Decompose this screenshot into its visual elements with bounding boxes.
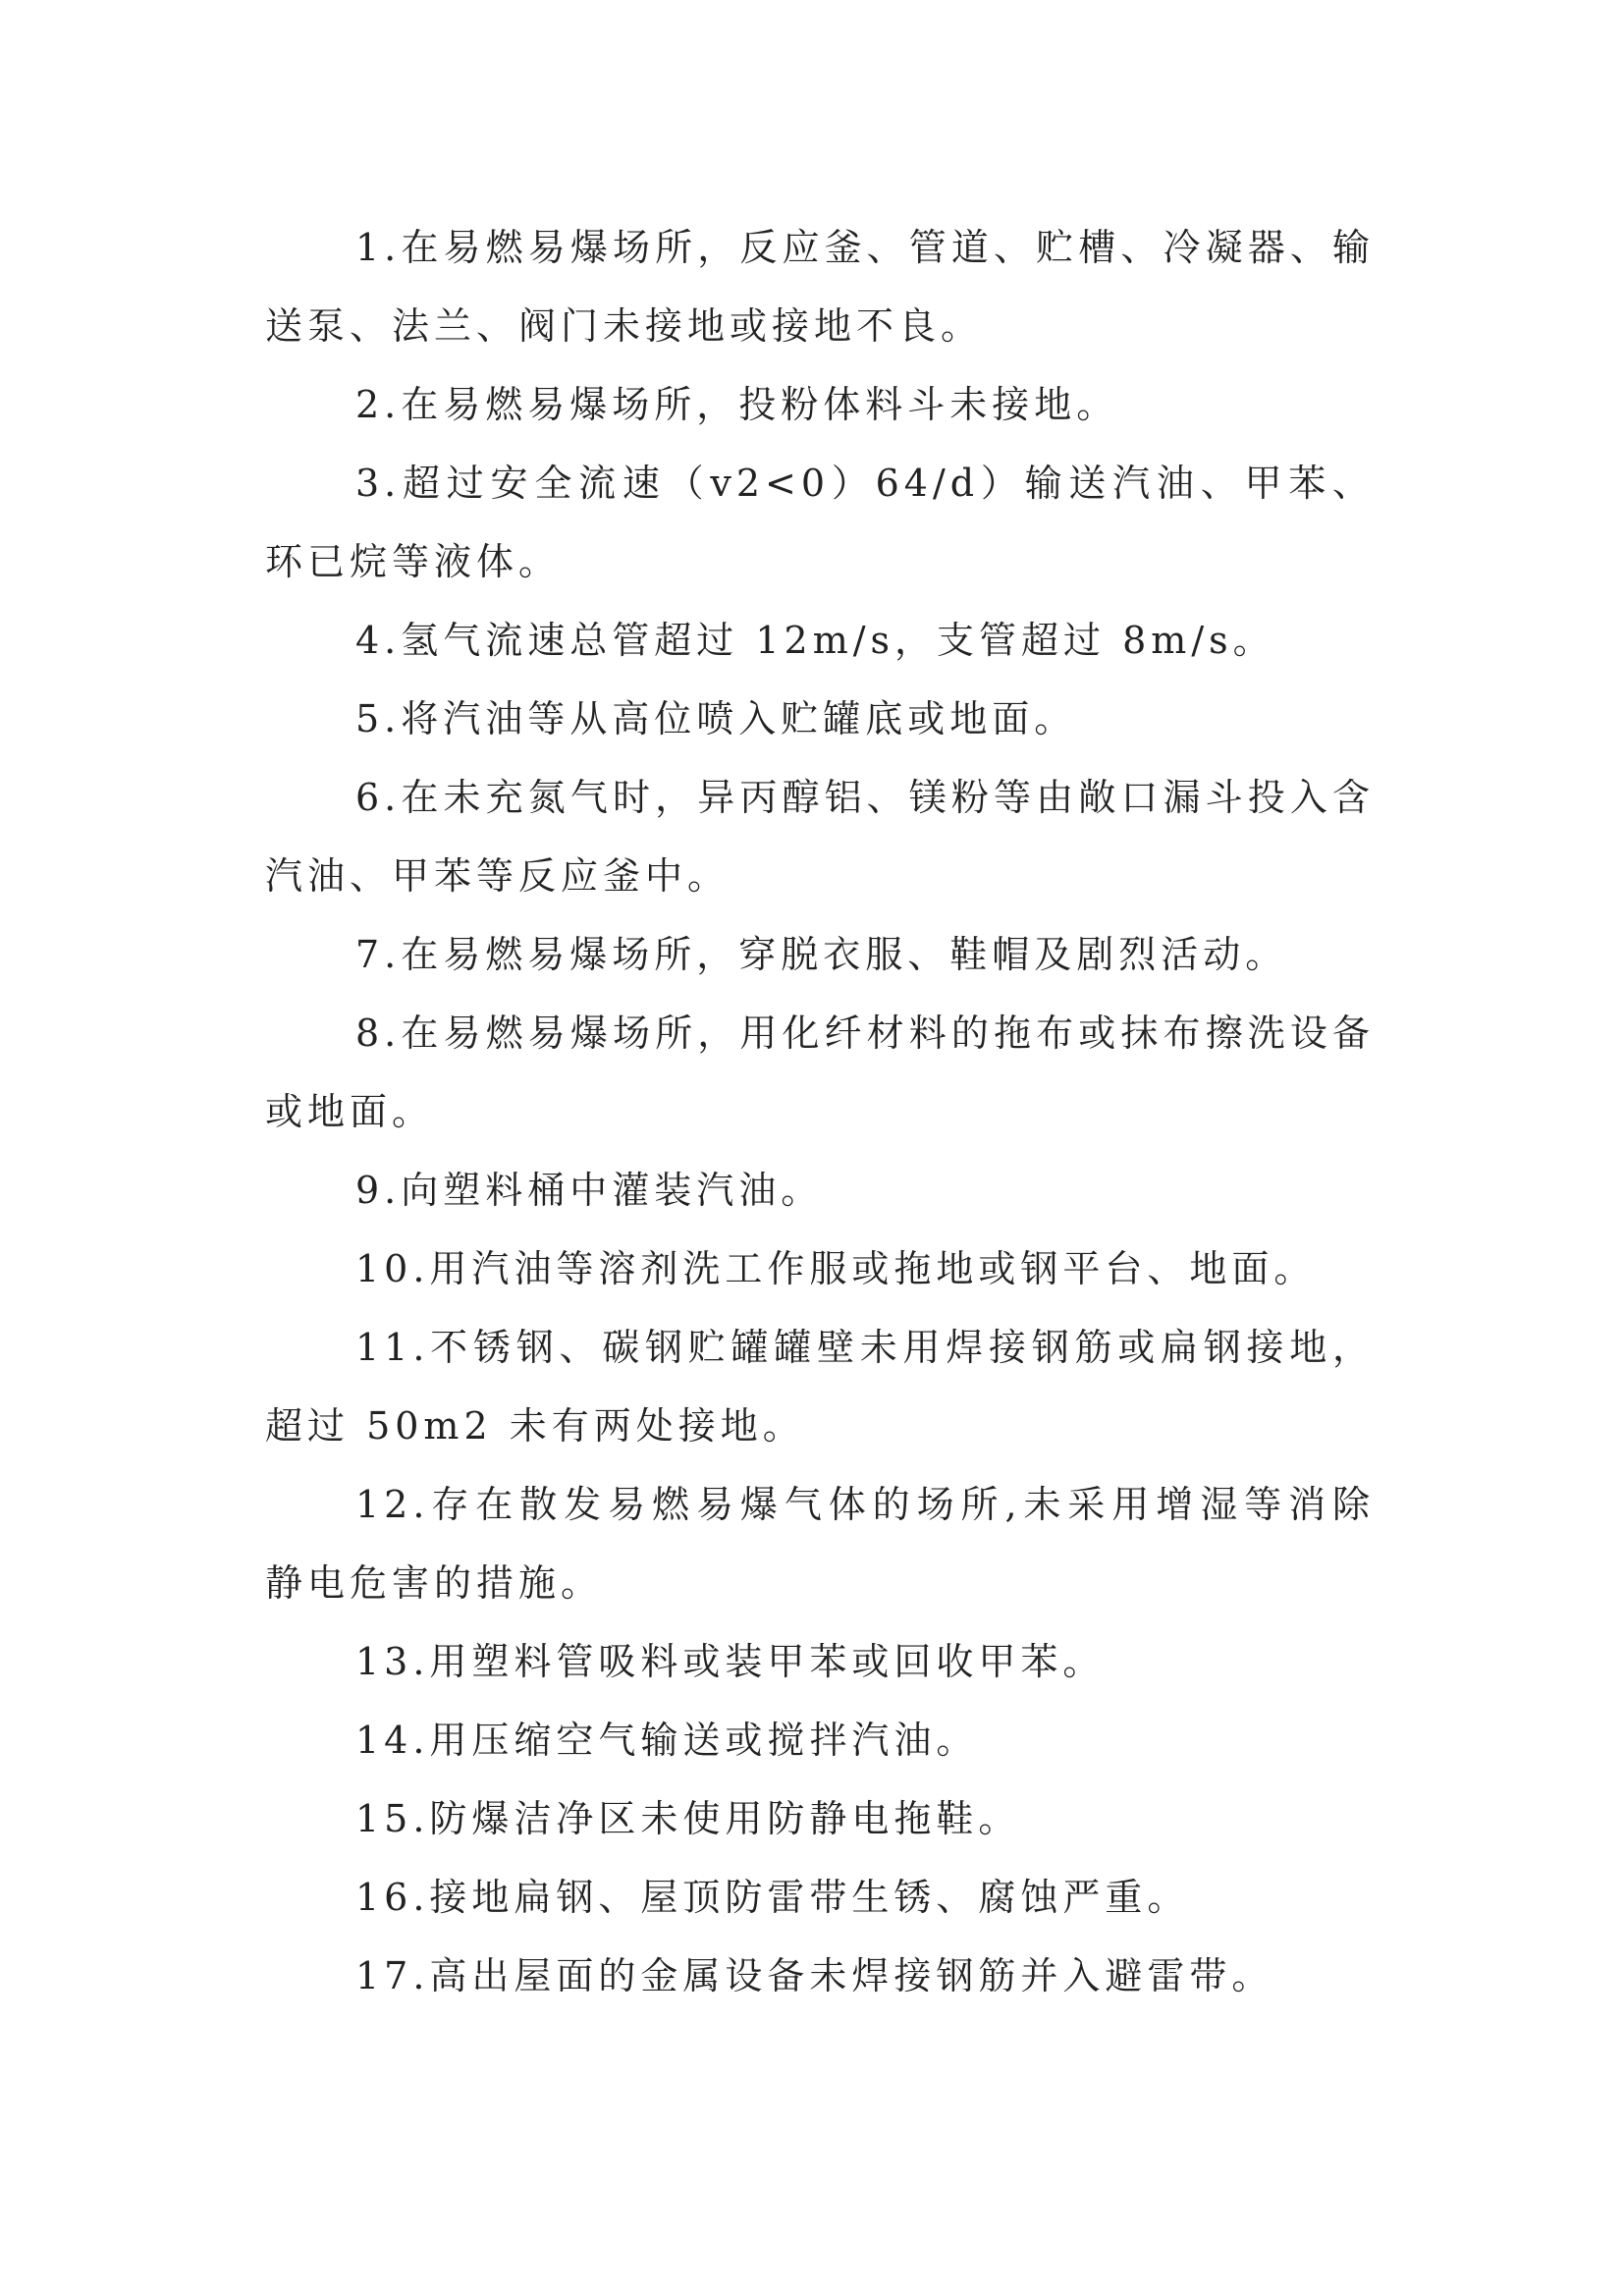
list-item-15: 15.防爆洁净区未使用防静电拖鞋。 [265, 1779, 1375, 1858]
list-item-8: 8.在易燃易爆场所，用化纤材料的拖布或抹布擦洗设备或地面。 [265, 994, 1375, 1151]
list-item-2: 2.在易燃易爆场所，投粉体料斗未接地。 [265, 365, 1375, 444]
list-item-5: 5.将汽油等从高位喷入贮罐底或地面。 [265, 680, 1375, 758]
list-item-4: 4.氢气流速总管超过 12m/s，支管超过 8m/s。 [265, 601, 1375, 680]
document-body: 1.在易燃易爆场所，反应釜、管道、贮槽、冷凝器、输送泵、法兰、阀门未接地或接地不… [265, 208, 1375, 2015]
list-item-6: 6.在未充氮气时，异丙醇铝、镁粉等由敞口漏斗投入含汽油、甲苯等反应釜中。 [265, 758, 1375, 915]
list-item-13: 13.用塑料管吸料或装甲苯或回收甲苯。 [265, 1622, 1375, 1701]
list-item-3: 3.超过安全流速（v2<0）64/d）输送汽油、甲苯、环已烷等液体。 [265, 444, 1375, 601]
list-item-9: 9.向塑料桶中灌装汽油。 [265, 1151, 1375, 1230]
list-item-11: 11.不锈钢、碳钢贮罐罐壁未用焊接钢筋或扁钢接地，超过 50m2 未有两处接地。 [265, 1308, 1375, 1465]
list-item-12: 12.存在散发易燃易爆气体的场所,未采用增湿等消除静电危害的措施。 [265, 1465, 1375, 1622]
list-item-10: 10.用汽油等溶剂洗工作服或拖地或钢平台、地面。 [265, 1230, 1375, 1308]
list-item-14: 14.用压缩空气输送或搅拌汽油。 [265, 1701, 1375, 1779]
list-item-16: 16.接地扁钢、屋顶防雷带生锈、腐蚀严重。 [265, 1858, 1375, 1937]
list-item-7: 7.在易燃易爆场所，穿脱衣服、鞋帽及剧烈活动。 [265, 915, 1375, 994]
list-item-17: 17.高出屋面的金属设备未焊接钢筋并入避雷带。 [265, 1937, 1375, 2015]
list-item-1: 1.在易燃易爆场所，反应釜、管道、贮槽、冷凝器、输送泵、法兰、阀门未接地或接地不… [265, 208, 1375, 365]
